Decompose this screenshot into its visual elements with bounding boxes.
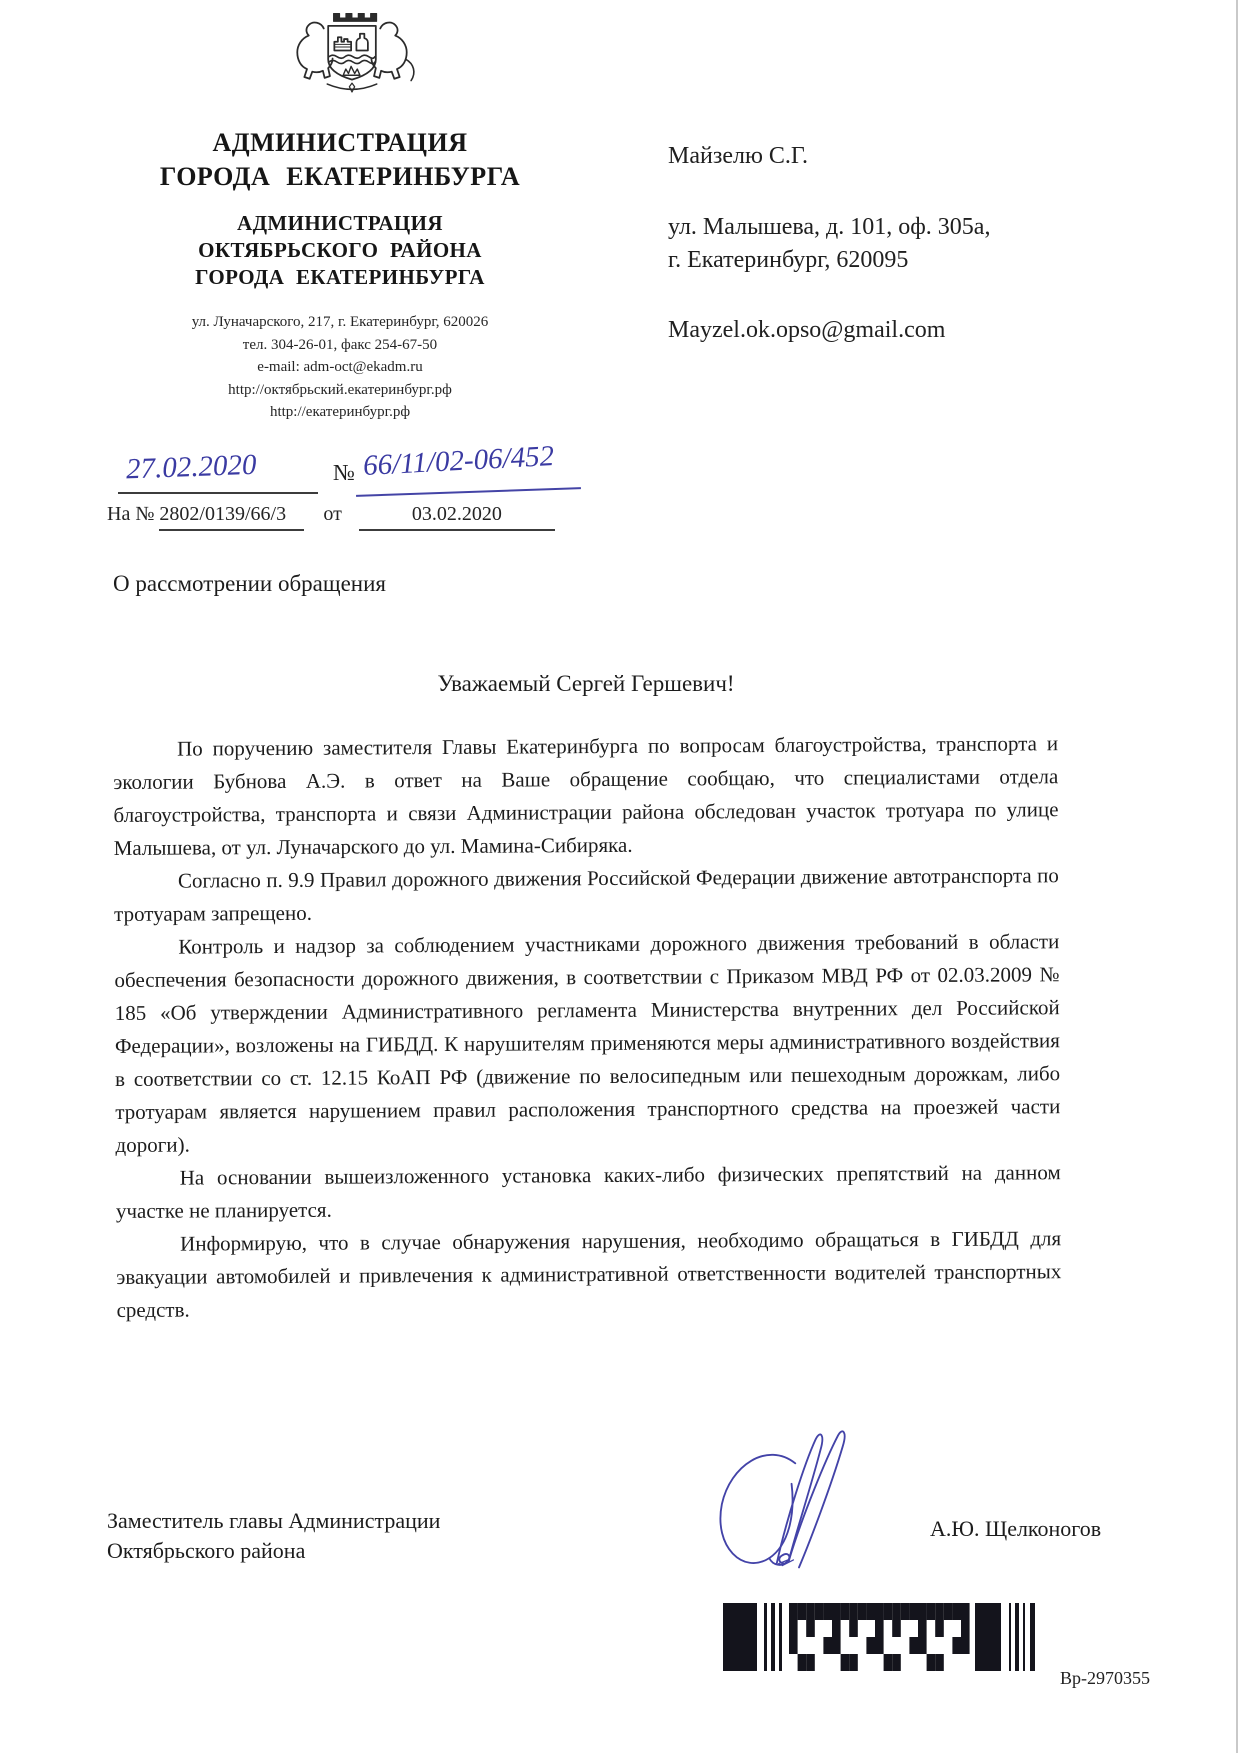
recipient-email: Mayzel.ok.opso@gmail.com bbox=[668, 314, 1098, 347]
reply-number: 2802/0139/66/3 bbox=[159, 503, 304, 531]
signer-name: А.Ю. Щелконогов bbox=[930, 1516, 1101, 1542]
date-underline bbox=[118, 492, 318, 494]
scan-edge-artifact bbox=[1236, 0, 1238, 1753]
reply-date: 03.02.2020 bbox=[359, 503, 555, 531]
salutation: Уважаемый Сергей Гершевич! bbox=[115, 671, 1057, 697]
body-paragraph: По поручению заместителя Главы Екатеринб… bbox=[113, 727, 1059, 865]
recipient-address-line2: г. Екатеринбург, 620095 bbox=[668, 244, 1098, 277]
reply-prefix: На № bbox=[107, 503, 154, 525]
subject-line: О рассмотрении обращения bbox=[113, 571, 386, 597]
letterhead-email: e-mail: adm-oct@ekadm.ru bbox=[105, 356, 575, 379]
letterhead-address: ул. Луначарского, 217, г. Екатеринбург, … bbox=[105, 311, 575, 334]
signer-position: Заместитель главы Администрации Октябрьс… bbox=[107, 1506, 440, 1566]
org-title-line2: ГОРОДА ЕКАТЕРИНБУРГА bbox=[105, 160, 575, 194]
body-paragraph: Согласно п. 9.9 Правил дорожного движени… bbox=[114, 859, 1059, 931]
signer-position-line1: Заместитель главы Администрации bbox=[107, 1506, 440, 1536]
letterhead-contact-block: ул. Луначарского, 217, г. Екатеринбург, … bbox=[105, 311, 575, 424]
handwritten-signature bbox=[698, 1428, 913, 1591]
recipient-address-line1: ул. Малышева, д. 101, оф. 305а, bbox=[668, 211, 1098, 244]
body-paragraph: Контроль и надзор за соблюдением участни… bbox=[114, 925, 1060, 1162]
org-title: АДМИНИСТРАЦИЯ ГОРОДА ЕКАТЕРИНБУРГА bbox=[105, 126, 575, 194]
body-paragraph: Информирую, что в случае обнаружения нар… bbox=[116, 1222, 1062, 1327]
yekaterinburg-coat-of-arms-icon bbox=[277, 8, 427, 106]
org-title-line1: АДМИНИСТРАЦИЯ bbox=[105, 126, 575, 160]
letterhead-site1: http://октябрьский.екатеринбург.рф bbox=[105, 379, 575, 402]
letter-body: По поручению заместителя Главы Екатеринб… bbox=[113, 727, 1062, 1327]
number-underline bbox=[356, 487, 581, 497]
outgoing-date-handwritten: 27.02.2020 bbox=[125, 447, 318, 487]
dept-title-line1: АДМИНИСТРАЦИЯ bbox=[105, 210, 575, 237]
letterhead-site2: http://екатеринбург.рф bbox=[105, 401, 575, 424]
letterhead-phone-fax: тел. 304-26-01, факс 254-67-50 bbox=[105, 334, 575, 357]
signer-position-line2: Октябрьского района bbox=[107, 1536, 440, 1566]
number-sign: № bbox=[333, 460, 355, 486]
outgoing-number-handwritten: 66/11/02-06/452 bbox=[362, 438, 593, 483]
recipient-name: Майзелю С.Г. bbox=[668, 140, 1098, 173]
barcode-label: Вр-2970355 bbox=[1060, 1668, 1150, 1689]
reply-reference-line: На № 2802/0139/66/3 от 03.02.2020 bbox=[107, 503, 555, 531]
recipient-block: Майзелю С.Г. ул. Малышева, д. 101, оф. 3… bbox=[668, 140, 1098, 347]
dept-title: АДМИНИСТРАЦИЯ ОКТЯБРЬСКОГО РАЙОНА ГОРОДА… bbox=[105, 210, 575, 291]
dept-title-line2: ОКТЯБРЬСКОГО РАЙОНА bbox=[105, 237, 575, 264]
reply-from-word: от bbox=[323, 503, 341, 525]
scanned-letter-page: АДМИНИСТРАЦИЯ ГОРОДА ЕКАТЕРИНБУРГА АДМИН… bbox=[0, 0, 1240, 1753]
body-paragraph: На основании вышеизложенного установка к… bbox=[116, 1156, 1061, 1228]
barcode-bars bbox=[723, 1603, 1035, 1671]
registration-barcode bbox=[723, 1603, 1041, 1678]
dept-title-line3: ГОРОДА ЕКАТЕРИНБУРГА bbox=[105, 264, 575, 291]
